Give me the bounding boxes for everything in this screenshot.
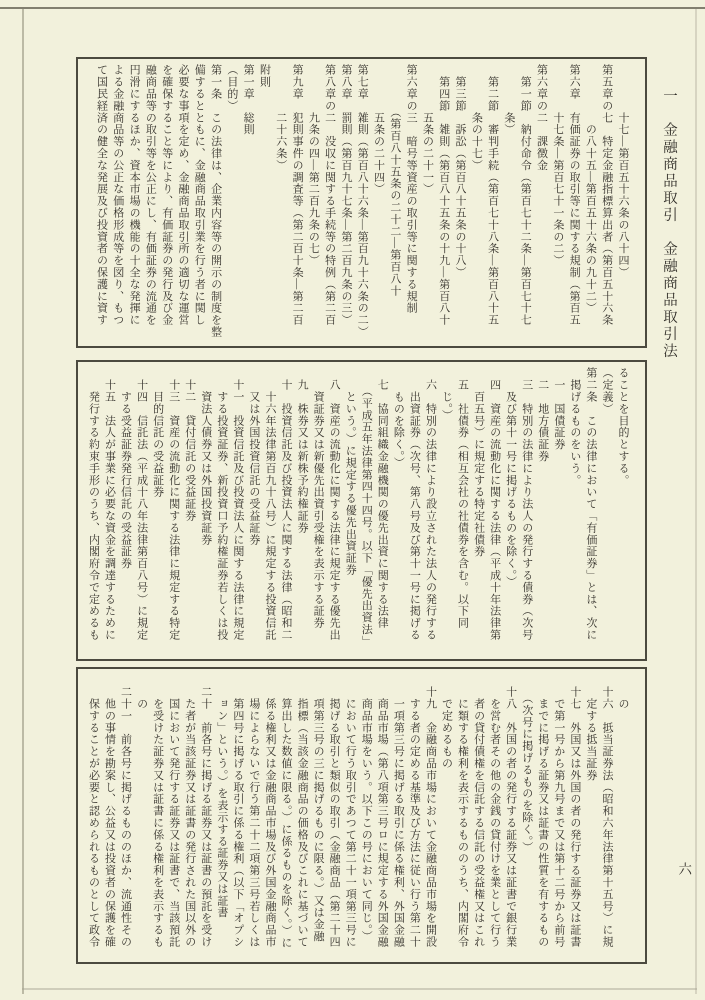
text-column: 第六章 有価証券の取引等に関する規制（第百五 <box>566 64 582 342</box>
text-column: （次号に掲げるものを除く。） <box>519 674 535 958</box>
text-column: 融商品等の取引等を公正にし、有価証券の流通を <box>142 64 158 342</box>
text-column: 条） <box>501 64 517 342</box>
text-column: 十六年法律第百九十八号）に規定する投資信託 <box>262 367 278 655</box>
text-column: する受益証券発行信託の受益証券 <box>118 367 134 655</box>
text-column: 他の事情を勘案し、公益又は投資者の保護を確 <box>101 674 117 958</box>
text-column: 十九 金融商品市場において金融商品市場を開設 <box>422 674 438 958</box>
text-column: 指標（当該金融商品の価格及びこれに基づいて <box>294 674 310 958</box>
page-edge-right <box>695 9 697 994</box>
text-column: た者が当該証券又は証書の発行された国以外の <box>182 674 198 958</box>
text-column: 第三節 訴訟（第百八十五条の十八） <box>452 64 468 342</box>
text-column: 十二 貸付信託の受益証券 <box>182 367 198 655</box>
text-column: 第一条 この法律は、企業内容等の開示の制度を整 <box>207 64 223 342</box>
text-column: ものを除く。） <box>390 367 406 655</box>
text-column: 発行する約束手形のうち、内閣府令で定めるも <box>85 367 101 655</box>
text-column: 十七 外国又は外国の者の発行する証券又は証書 <box>567 674 583 958</box>
text-column: の八十五―第百五十六条の九十二） <box>582 64 598 342</box>
text-column: 十三 資産の流動化に関する法律に規定する特定 <box>166 367 182 655</box>
text-column: 第四節 雑則（第百八十五条の十九―第百八十 <box>435 64 451 342</box>
text-column: 第二節 審判手続（第百七十八条―第百八十五 <box>484 64 500 342</box>
text-column: 七 協同組織金融機関の優先出資に関する法律 <box>374 367 390 655</box>
text-column: 三 特別の法律により法人の発行する債券（次号 <box>519 367 535 655</box>
text-column: で定めるもの <box>438 674 454 958</box>
text-column: （定義） <box>599 367 615 655</box>
text-column: 百五号）に規定する特定社債券 <box>471 367 487 655</box>
text-column: 十 投資信託及び投資法人に関する法律（昭和二 <box>278 367 294 655</box>
band-article-2-items-1-15: ることを目的とする。（定義）第二条 この法律において「有価証券」とは、次に 掲げ… <box>76 360 647 661</box>
text-column: 十八 外国の者の発行する証券又は証書で銀行業 <box>503 674 519 958</box>
page-edge-top <box>0 7 705 9</box>
text-column: 九 株券又は新株予約権証券 <box>294 367 310 655</box>
text-column: 第九章 犯則事件の調査等（第二百十条―第二百 <box>289 64 305 342</box>
text-column: 第二条 この法律において「有価証券」とは、次に <box>583 367 599 655</box>
text-column: 一項第三号に掲げる取引に係る権利、外国金融 <box>390 674 406 958</box>
text-column: 第一節 納付命令（第百七十二条―第百七十七 <box>517 64 533 342</box>
text-column: 算出した数値に限る。）に係るものを除く。）に <box>278 674 294 958</box>
text-column: 備するとともに、金融商品取引業を行う者に関し <box>191 64 207 342</box>
page-edge-bottom <box>22 988 697 990</box>
text-column: 附則 <box>256 64 272 342</box>
text-column: までに掲げる証券又は証書の性質を有するもの <box>535 674 551 958</box>
text-column: という。）に規定する優先出資証券 <box>342 367 358 655</box>
text-column: よる金融商品等の公正な価格形成等を図り、もつ <box>110 64 126 342</box>
text-column: 十一 投資信託及び投資法人に関する法律に規定 <box>230 367 246 655</box>
text-column: 五 社債券（相互会社の社債券を含む。以下同 <box>454 367 470 655</box>
text-column: 十六 抵当証券法（昭和六年法律第十五号）に規 <box>599 674 615 958</box>
text-column: （目的） <box>224 64 240 342</box>
text-column: ョン」という。）を表示する証券又は証書 <box>214 674 230 958</box>
text-column: する者の定める基準及び方法に従い行う第二十 <box>406 674 422 958</box>
text-column: （第百八十五条の二十二―第百八十 <box>387 64 403 342</box>
text-column: 第一章 総則 <box>240 64 256 342</box>
text-column: 十七―第百五十六条の八十四） <box>615 64 631 342</box>
text-column: 又は外国投資信託の受益証券 <box>246 367 262 655</box>
text-column: 二十六条） <box>272 64 288 342</box>
text-column: 場によらないで行う第二十二項第三号若しくは <box>246 674 262 958</box>
text-column: ることを目的とする。 <box>615 367 631 655</box>
text-column: 第八章の二 没収に関する手続等の特例（第二百 <box>321 64 337 342</box>
text-column: て国民経済の健全な発展及び投資者の保護に資す <box>93 64 109 342</box>
text-column: 一 国債証券 <box>551 367 567 655</box>
band-article-2-items-16-21: の 十六 抵当証券法（昭和六年法律第十五号）に規 定する抵当証券 十七 外国又は… <box>76 667 647 964</box>
text-column: 八 資産の流動化に関する法律に規定する優先出 <box>326 367 342 655</box>
page-number: 六 <box>679 858 694 878</box>
text-column: （平成五年法律第四十四号。以下「優先出資法」 <box>358 367 374 655</box>
text-column: 第八章 罰則（第百九十七条―第二百九条の三） <box>338 64 354 342</box>
text-column: 九条の四―第二百九条の七） <box>305 64 321 342</box>
text-column: 十四 信託法（平成十八年法律第百八号）に規定 <box>134 367 150 655</box>
text-column: 第四号に掲げる取引に係る権利（以下「オプシ <box>230 674 246 958</box>
text-column: 条の十七） <box>468 64 484 342</box>
text-column: 国において発行する証券又は証書で、当該預託 <box>166 674 182 958</box>
text-column: 二十一 前各号に掲げるもののほか、流通性その <box>118 674 134 958</box>
text-column: 二 地方債証券 <box>535 367 551 655</box>
band-toc-and-article-1: 十七―第百五十六条の八十四）第五章の七 特定金融指標算出者（第百五十六条 の八十… <box>76 57 647 348</box>
text-column: 円滑にするほか、資本市場の機能の十全な発揮に <box>126 64 142 342</box>
text-column: の <box>134 674 150 958</box>
text-column: 保することが必要と認められるものとして政令 <box>85 674 101 958</box>
text-column: を営む者その他の金銭の貸付けを業として行う <box>487 674 503 958</box>
text-column: 十七条―第百七十一条の二） <box>550 64 566 342</box>
text-column: 及び第十一号に掲げるものを除く。） <box>503 367 519 655</box>
text-column: 必要な事項を定め、金融商品取引所の適切な運営 <box>175 64 191 342</box>
text-column: 第七章 雑則（第百八十六条―第百九十六条の二） <box>354 64 370 342</box>
text-column: 商品市場をいう。以下この号において同じ。） <box>358 674 374 958</box>
scanned-law-page: 一 金融商品取引 金融商品取引法 十七―第百五十六条の八十四）第五章の七 特定金… <box>0 0 705 1000</box>
text-column: 五条の二十一） <box>419 64 435 342</box>
text-column: 四 資産の流動化に関する法律（平成十年法律第 <box>487 367 503 655</box>
text-column: 定する抵当証券 <box>583 674 599 958</box>
page-edge-left <box>22 9 24 994</box>
text-column: で第一号から第九号まで又は第十二号から前号 <box>551 674 567 958</box>
text-column: 資法人債券又は外国投資証券 <box>198 367 214 655</box>
text-column: 資証券又は新優先出資引受権を表示する証券 <box>310 367 326 655</box>
text-column: 第五章の七 特定金融指標算出者（第百五十六条 <box>598 64 614 342</box>
text-column: 掲げる取引と類似の取引（金融商品（第二十四 <box>326 674 342 958</box>
text-column: 目的信託の受益証券 <box>150 367 166 655</box>
text-column: 商品市場（第八項第三号ロに規定する外国金融 <box>374 674 390 958</box>
text-column: を確保すること等により、有価証券の発行及び金 <box>158 64 174 342</box>
text-column: に類する権利を表示するもののうち、内閣府令 <box>454 674 470 958</box>
text-column: じ。） <box>438 367 454 655</box>
text-column: 者の貸付債権を信託する信託の受益権又はこれ <box>471 674 487 958</box>
text-column: 六 特別の法律により設立された法人の発行する <box>422 367 438 655</box>
text-column: を受けた証券又は証書に係る権利を表示するも <box>150 674 166 958</box>
running-head: 一 金融商品取引 金融商品取引法 <box>660 88 678 360</box>
text-column: の <box>615 674 631 958</box>
text-column: する投資証券、新投資口予約権証券若しくは投 <box>214 367 230 655</box>
text-column: 係る権利又は金融商品市場及び外国金融商品市 <box>262 674 278 958</box>
text-column: 第六章の三 暗号等資産の取引等に関する規制 <box>403 64 419 342</box>
text-column: 五条の二十四） <box>370 64 386 342</box>
text-column: 出資証券（次号、第八号及び第十一号に掲げる <box>406 367 422 655</box>
text-column: 項第三号の三に掲げるものに限る。）又は金融 <box>310 674 326 958</box>
text-column: において行う取引であつて第二十一項第三号に <box>342 674 358 958</box>
text-column: 二十 前各号に掲げる証券又は証書の預託を受け <box>198 674 214 958</box>
text-column: 十五 法人が事業に必要な資金を調達するために <box>101 367 117 655</box>
text-column: 掲げるものをいう。 <box>567 367 583 655</box>
text-column: 第六章の二 課徴金 <box>533 64 549 342</box>
